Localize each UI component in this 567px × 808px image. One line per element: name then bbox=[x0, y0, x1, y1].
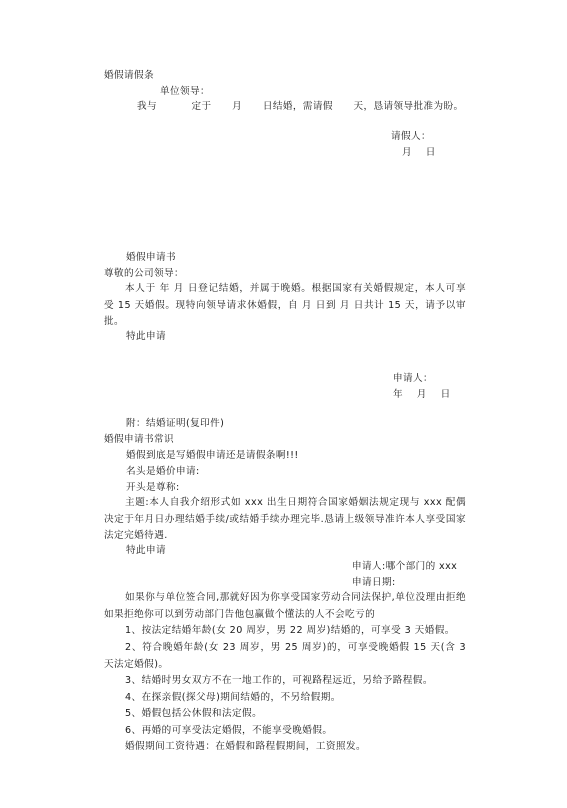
tips-rule-2: 2、符合晚婚年龄(女 23 周岁，男 25 周岁)的，可享受晚婚假 15 天(含… bbox=[104, 640, 466, 673]
tips-line-2: 名头是婚价申请: bbox=[126, 466, 200, 478]
document-page: 婚假请假条 单位领导： 我与 定于 月 日结婚，需请假 天，恳请领导批准为盼。 … bbox=[0, 0, 567, 808]
note-body: 我与 定于 月 日结婚，需请假 天，恳请领导批准为盼。 bbox=[137, 101, 463, 113]
tips-contract-note: 如果你与单位签合同,那就好因为你享受国家劳动合同法保护,单位没理由拒绝如果拒绝你… bbox=[104, 590, 466, 623]
tips-date: 申请日期: bbox=[352, 577, 396, 589]
note-date-label: 月 日 bbox=[402, 147, 436, 159]
tips-subject: 主题:本人自我介绍形式如 xxx 出生日期符合国家婚姻法规定现与 xxx 配偶决… bbox=[104, 495, 466, 545]
tips-rule-5: 5、婚假包括公休假和法定假。 bbox=[104, 706, 466, 723]
tips-title: 婚假申请书常识 bbox=[104, 434, 174, 446]
tips-rule-6: 6、再婚的可享受法定婚假，不能享受晚婚假。 bbox=[104, 723, 466, 740]
tips-rule-1: 1、按法定结婚年龄(女 20 周岁，男 22 周岁)结婚的，可享受 3 天婚假。 bbox=[104, 623, 466, 640]
application-closing: 特此申请 bbox=[126, 331, 166, 343]
note-signer-label: 请假人： bbox=[391, 131, 431, 143]
application-signer-label: 申请人： bbox=[393, 373, 433, 385]
tips-closing: 特此申请 bbox=[126, 545, 166, 557]
tips-rule-4: 4、在探亲假(探父母)期间结婚的，不另给假期。 bbox=[104, 690, 466, 707]
note-title: 婚假请假条 bbox=[104, 70, 154, 82]
application-attachment: 附：结婚证明(复印件) bbox=[126, 418, 224, 430]
note-salutation: 单位领导： bbox=[160, 86, 210, 98]
tips-line-3: 开头是尊称: bbox=[126, 482, 180, 494]
tips-salary: 婚假期间工资待遇：在婚假和路程假期间，工资照发。 bbox=[104, 739, 466, 756]
tips-rule-3: 3、结婚时男女双方不在一地工作的，可视路程远近，另给予路程假。 bbox=[104, 673, 466, 690]
application-body: 本人于 年 月 日登记结婚，并属于晚婚。根据国家有关婚假规定，本人可享受 15 … bbox=[104, 281, 466, 331]
application-title: 婚假申请书 bbox=[126, 252, 176, 264]
tips-line-1: 婚假到底是写婚假申请还是请假条啊!!! bbox=[126, 450, 299, 462]
application-salutation: 尊敬的公司领导： bbox=[104, 268, 184, 280]
tips-signer: 申请人:哪个部门的 xxx bbox=[352, 561, 457, 573]
application-date-label: 年 月 日 bbox=[393, 389, 451, 401]
